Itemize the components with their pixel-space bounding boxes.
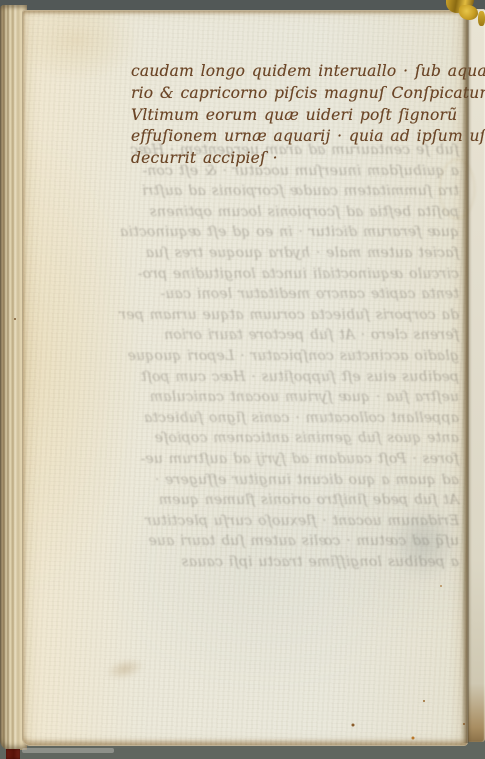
- parchment-ring-stain: [439, 159, 475, 219]
- manuscript-text-line: caudam longo quidem interuallo · ſub aqu…: [131, 61, 467, 83]
- foxing-specks: [14, 318, 16, 320]
- manuscript-text-block: caudam longo quidem interuallo · ſub aqu…: [131, 61, 467, 170]
- fore-edge-leaf-stack: [468, 9, 485, 742]
- manuscript-text-line: decurrit accipieſ ·: [131, 148, 467, 170]
- showthrough-line: faciet autem male · hydra quoque tres ſu…: [105, 243, 459, 264]
- showthrough-line: da corporis ſubiecta coruum atque urnam …: [105, 305, 459, 326]
- bottom-edge-highlight: [22, 748, 114, 753]
- parchment-smudge-stain: [97, 650, 154, 688]
- showthrough-line: poſita beſtia ad ſcorpionis locum optine…: [105, 202, 459, 223]
- page-fore-edge-crease: [462, 15, 469, 743]
- manuscript-text-line: effuſionem urnæ aquarij · quia ad ipſum …: [131, 126, 467, 148]
- showthrough-line: circulo æquinoctiali iuncta longitudine …: [105, 264, 459, 285]
- manuscript-page: ſub ſe centaurum ad aram uergentem · Hæc…: [22, 10, 468, 746]
- showthrough-line: ueſtra ſua · quæ ſyrium uocant caniculam: [105, 387, 459, 408]
- showthrough-line: quæ ferarum dicitur · in eo qd eſt æquin…: [105, 222, 459, 243]
- showthrough-line: fores · Poſt caudam ad ſyrij ad auſtrum …: [105, 449, 459, 470]
- showthrough-line: ad quam a quo dicunt iungitur effugere ·: [105, 470, 459, 491]
- showthrough-line: tra ſummitatem caudæ ſcorpionis ad auſtr…: [105, 181, 459, 202]
- showthrough-line: gladio accinctus conſpicatur · Lepori qu…: [105, 346, 459, 367]
- gilt-edge-corner: [459, 5, 478, 20]
- showthrough-line: appellant collocatum · canis ſigno ſubie…: [105, 408, 459, 429]
- manuscript-text-line: rio & capricorno piſcis magnuſ Conſpicat…: [131, 83, 467, 105]
- manuscript-text-line: Vltimum eorum quæ uideri poſt ſignorũ: [131, 105, 467, 127]
- manuscript-photo: ſub ſe centaurum ad aram uergentem · Hæc…: [0, 0, 485, 759]
- parchment-gray-blotch: [383, 497, 465, 589]
- gilt-edge-corner: [478, 11, 485, 26]
- showthrough-line: tenta capite cancro meditatur leoni cau-: [105, 284, 459, 305]
- showthrough-line: ferens clero · At ſub pectore tauri orio…: [105, 325, 459, 346]
- binding-clasp-remnant: [6, 749, 20, 759]
- showthrough-line: ante quos ſub geminis anticanem copioſe: [105, 428, 459, 449]
- showthrough-line: pedibus eius eſt ſuppoſitus · Hæc cum po…: [105, 367, 459, 388]
